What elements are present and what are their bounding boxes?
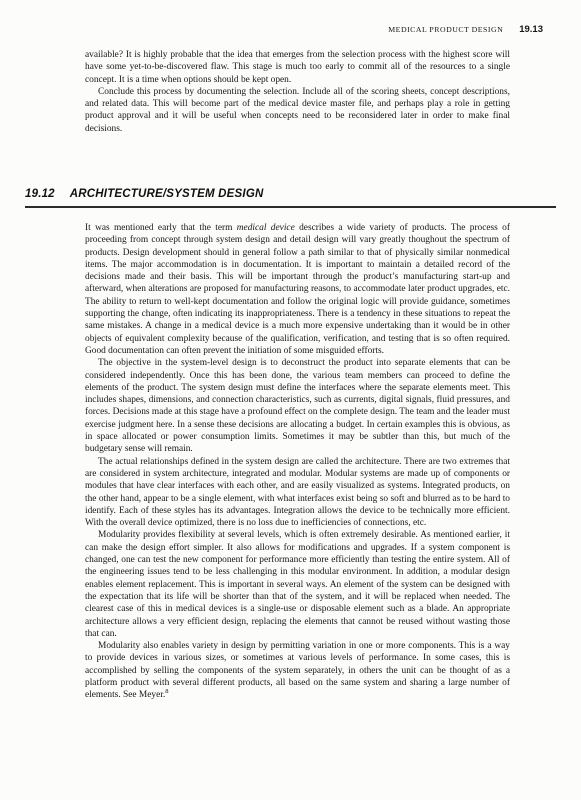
page-number: 19.13 — [519, 24, 543, 35]
body-text-block: It was mentioned early that the term med… — [85, 222, 510, 702]
paragraph: Modularity provides flexibility at sever… — [85, 529, 510, 640]
footnote-reference: 8 — [165, 688, 168, 695]
text-run: Modularity also enables variety in desig… — [85, 641, 510, 700]
section-title: ARCHITECTURE/SYSTEM DESIGN — [70, 188, 264, 200]
section-number: 19.12 — [25, 188, 55, 200]
text-run: The objective in the system-level design… — [85, 358, 510, 454]
running-title: MEDICAL PRODUCT DESIGN — [388, 25, 503, 34]
section-heading: 19.12 ARCHITECTURE/SYSTEM DESIGN — [25, 188, 263, 200]
section-rule — [25, 206, 556, 208]
text-run: It was mentioned early that the term — [85, 223, 237, 233]
page-header: MEDICAL PRODUCT DESIGN 19.13 — [388, 24, 543, 35]
text-run: describes a wide variety of products. Th… — [85, 223, 510, 356]
paragraph: It was mentioned early that the term med… — [85, 222, 510, 357]
paragraph: The actual relationships defined in the … — [85, 456, 510, 530]
intro-text-block: available? It is highly probable that th… — [85, 49, 510, 135]
text-run: Modularity provides flexibility at sever… — [85, 530, 510, 638]
paragraph: Modularity also enables variety in desig… — [85, 640, 510, 701]
text-run: Conclude this process by documenting the… — [85, 87, 510, 134]
document-page: MEDICAL PRODUCT DESIGN 19.13 available? … — [0, 0, 581, 800]
paragraph: Conclude this process by documenting the… — [85, 86, 510, 135]
text-run: medical device — [237, 223, 295, 233]
text-run: available? It is highly probable that th… — [85, 50, 510, 85]
paragraph: available? It is highly probable that th… — [85, 49, 510, 86]
paragraph: The objective in the system-level design… — [85, 357, 510, 455]
text-run: The actual relationships defined in the … — [85, 457, 510, 528]
